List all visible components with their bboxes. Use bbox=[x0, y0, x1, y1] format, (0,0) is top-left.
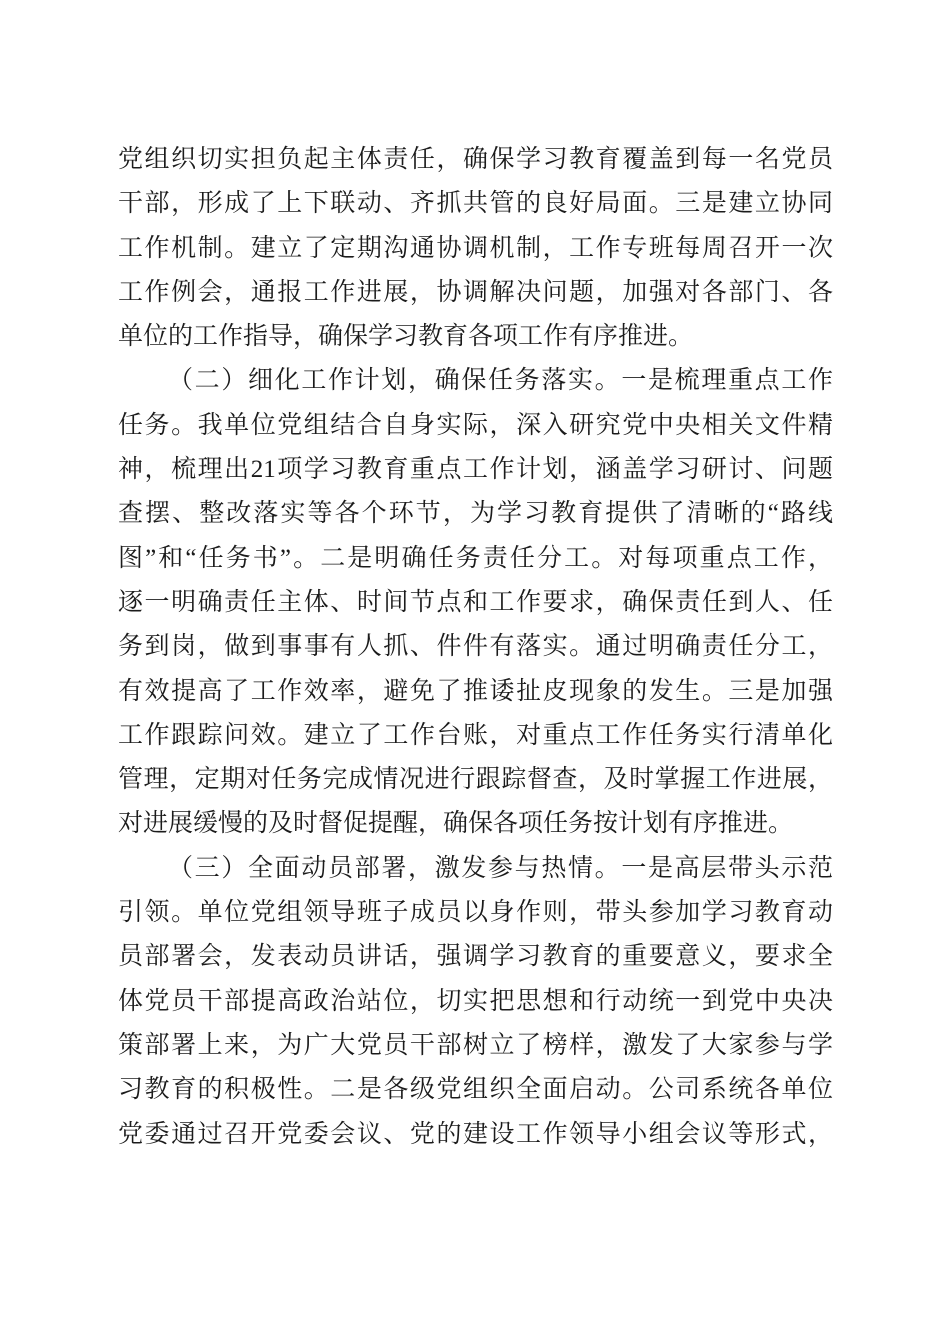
paragraph-section-3: （三）全面动员部署，激发参与热情。一是高层带头示范 引领。单位党组领导班子成员以… bbox=[118, 847, 833, 1157]
text-line: 任务。我单位党组结合自身实际，深入研究党中央相关文件精 bbox=[118, 404, 833, 448]
text-line: 逐一明确责任主体、时间节点和工作要求，确保责任到人、任 bbox=[118, 581, 833, 625]
text-line: 工作例会，通报工作进展，协调解决问题，加强对各部门、各 bbox=[118, 271, 833, 315]
text-line: 神，梳理出21项学习教育重点工作计划，涵盖学习研讨、问题 bbox=[118, 448, 833, 492]
text-line: 策部署上来，为广大党员干部树立了榜样，激发了大家参与学 bbox=[118, 1024, 833, 1068]
text-line: （三）全面动员部署，激发参与热情。一是高层带头示范 bbox=[118, 847, 833, 891]
text-line: 工作机制。建立了定期沟通协调机制，工作专班每周召开一次 bbox=[118, 227, 833, 271]
text-line: 习教育的积极性。二是各级党组织全面启动。公司系统各单位 bbox=[118, 1068, 833, 1112]
text-line: 党组织切实担负起主体责任，确保学习教育覆盖到每一名党员 bbox=[118, 138, 833, 182]
text-line: （二）细化工作计划，确保任务落实。一是梳理重点工作 bbox=[118, 359, 833, 403]
text-line: 单位的工作指导，确保学习教育各项工作有序推进。 bbox=[118, 315, 833, 359]
text-line: 干部，形成了上下联动、齐抓共管的良好局面。三是建立协同 bbox=[118, 182, 833, 226]
text-line: 查摆、整改落实等各个环节，为学习教育提供了清晰的“路线 bbox=[118, 492, 833, 536]
text-line: 体党员干部提高政治站位，切实把思想和行动统一到党中央决 bbox=[118, 980, 833, 1024]
paragraph-continuation: 党组织切实担负起主体责任，确保学习教育覆盖到每一名党员 干部，形成了上下联动、齐… bbox=[118, 138, 833, 359]
text-line: 务到岗，做到事事有人抓、件件有落实。通过明确责任分工， bbox=[118, 625, 833, 669]
text-line: 党委通过召开党委会议、党的建设工作领导小组会议等形式， bbox=[118, 1113, 833, 1157]
text-line: 对进展缓慢的及时督促提醒，确保各项任务按计划有序推进。 bbox=[118, 802, 833, 846]
text-line: 工作跟踪问效。建立了工作台账，对重点工作任务实行清单化 bbox=[118, 714, 833, 758]
paragraph-section-2: （二）细化工作计划，确保任务落实。一是梳理重点工作 任务。我单位党组结合自身实际… bbox=[118, 359, 833, 846]
document-page: 党组织切实担负起主体责任，确保学习教育覆盖到每一名党员 干部，形成了上下联动、齐… bbox=[0, 0, 950, 1344]
text-line: 管理，定期对任务完成情况进行跟踪督查，及时掌握工作进展， bbox=[118, 758, 833, 802]
text-line: 引领。单位党组领导班子成员以身作则，带头参加学习教育动 bbox=[118, 891, 833, 935]
text-line: 员部署会，发表动员讲话，强调学习教育的重要意义，要求全 bbox=[118, 935, 833, 979]
text-line: 图”和“任务书”。二是明确任务责任分工。对每项重点工作， bbox=[118, 537, 833, 581]
text-line: 有效提高了工作效率，避免了推诿扯皮现象的发生。三是加强 bbox=[118, 670, 833, 714]
